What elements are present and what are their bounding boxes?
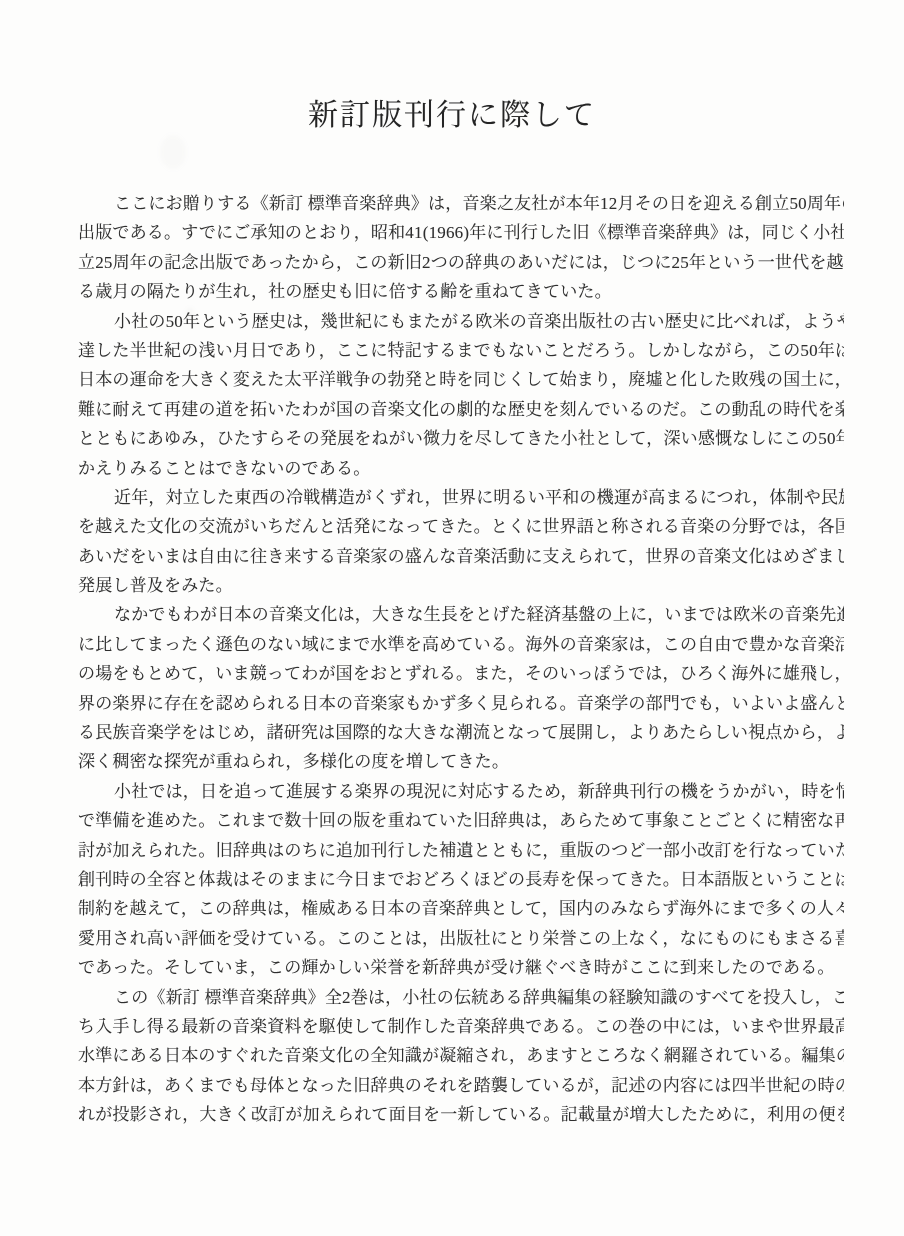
paragraph: なかでもわが日本の音楽文化は，大きな生長をとげた経済基盤の上に，いまでは欧米の音… (78, 600, 844, 776)
text-line: 愛用され高い評価を受けている。このことは，出版社にとり栄誉この上なく，なにものに… (78, 924, 844, 953)
paragraph: 近年，対立した東西の冷戦構造がくずれ，世界に明るい平和の機運が高まるにつれ，体制… (78, 483, 844, 601)
text-line: 深く稠密な探究が重ねられ，多様化の度を増してきた。 (78, 747, 844, 776)
text-line: 近年，対立した東西の冷戦構造がくずれ，世界に明るい平和の機運が高まるにつれ，体制… (78, 483, 844, 512)
text-line: 難に耐えて再建の道を拓いたわが国の音楽文化の劇的な歴史を刻んでいるのだ。この動乱… (78, 395, 844, 424)
scan-smudge (160, 135, 186, 169)
text-line: 達した半世紀の浅い月日であり，ここに特記するまでもないことだろう。しかしながら，… (78, 336, 844, 365)
scanned-document-page: 新訂版刊行に際して ここにお贈りする《新訂 標準音楽辞典》は，音楽之友社が本年1… (0, 0, 904, 1236)
text-line: に比してまったく遜色のない域にまで水準を高めている。海外の音楽家は，この自由で豊… (78, 630, 844, 659)
paragraph: 小社では，日を追って進展する楽界の現況に対応するため，新辞典刊行の機をうかがい，… (78, 777, 844, 983)
text-line: 立25周年の記念出版であったから，この新旧2つの辞典のあいだには，じつに25年と… (78, 248, 844, 277)
text-line: れが投影され，大きく改訂が加えられて面目を一新している。記載量が増大したために，… (78, 1100, 844, 1129)
text-line: かえりみることはできないのである。 (78, 454, 844, 483)
text-line: ここにお贈りする《新訂 標準音楽辞典》は，音楽之友社が本年12月その日を迎える創… (78, 189, 844, 218)
text-line: 小社の50年という歴史は，幾世紀にもまたがる欧米の音楽出版社の古い歴史に比べれば… (78, 307, 844, 336)
document-body: ここにお贈りする《新訂 標準音楽辞典》は，音楽之友社が本年12月その日を迎える創… (78, 189, 844, 1130)
text-line: であった。そしていま，この輝かしい栄誉を新辞典が受け継ぐべき時がここに到来したの… (78, 953, 844, 982)
text-line: る歳月の隔たりが生れ，社の歴史も旧に倍する齢を重ねてきていた。 (78, 277, 844, 306)
text-line: を越えた文化の交流がいちだんと活発になってきた。とくに世界語と称される音楽の分野… (78, 512, 844, 541)
text-line: 発展し普及をみた。 (78, 571, 844, 600)
text-line: ち入手し得る最新の音楽資料を駆使して制作した音楽辞典である。この巻の中には，いま… (78, 1012, 844, 1041)
text-line: とともにあゆみ，ひたすらその発展をねがい微力を尽してきた小社として，深い感慨なし… (78, 424, 844, 453)
text-line: あいだをいまは自由に往き来する音楽家の盛んな音楽活動に支えられて，世界の音楽文化… (78, 542, 844, 571)
text-line: 小社では，日を追って進展する楽界の現況に対応するため，新辞典刊行の機をうかがい，… (78, 777, 844, 806)
text-line: 日本の運命を大きく変えた太平洋戦争の勃発と時を同じくして始まり，廃墟と化した敗残… (78, 365, 844, 394)
text-line: で準備を進めた。これまで数十回の版を重ねていた旧辞典は，あらためて事象ことごとく… (78, 806, 844, 835)
text-line: なかでもわが日本の音楽文化は，大きな生長をとげた経済基盤の上に，いまでは欧米の音… (78, 600, 844, 629)
text-line: 界の楽界に存在を認められる日本の音楽家もかず多く見られる。音楽学の部門でも，いよ… (78, 689, 844, 718)
text-line: 討が加えられた。旧辞典はのちに追加刊行した補遺とともに，重版のつど一部小改訂を行… (78, 836, 844, 865)
text-line: この《新訂 標準音楽辞典》全2巻は，小社の伝統ある辞典編集の経験知識のすべてを投… (78, 983, 844, 1012)
text-line: 創刊時の全容と体裁はそのままに今日までおどろくほどの長寿を保ってきた。日本語版と… (78, 865, 844, 894)
text-line: 出版である。すでにご承知のとおり，昭和41(1966)年に刊行した旧《標準音楽辞… (78, 218, 844, 247)
text-line: 本方針は，あくまでも母体となった旧辞典のそれを踏襲しているが，記述の内容には四半… (78, 1071, 844, 1100)
text-line: 制約を越えて，この辞典は，権威ある日本の音楽辞典として，国内のみならず海外にまで… (78, 894, 844, 923)
page-title: 新訂版刊行に際して (0, 90, 904, 134)
text-line: の場をもとめて，いま競ってわが国をおとずれる。また，そのいっぽうでは，ひろく海外… (78, 659, 844, 688)
paragraph: 小社の50年という歴史は，幾世紀にもまたがる欧米の音楽出版社の古い歴史に比べれば… (78, 307, 844, 483)
paragraph: この《新訂 標準音楽辞典》全2巻は，小社の伝統ある辞典編集の経験知識のすべてを投… (78, 983, 844, 1130)
paragraph: ここにお贈りする《新訂 標準音楽辞典》は，音楽之友社が本年12月その日を迎える創… (78, 189, 844, 307)
text-line: 水準にある日本のすぐれた音楽文化の全知識が凝縮され，あますところなく網羅されてい… (78, 1041, 844, 1070)
text-line: る民族音楽学をはじめ，諸研究は国際的な大きな潮流となって展開し，よりあたらしい視… (78, 718, 844, 747)
